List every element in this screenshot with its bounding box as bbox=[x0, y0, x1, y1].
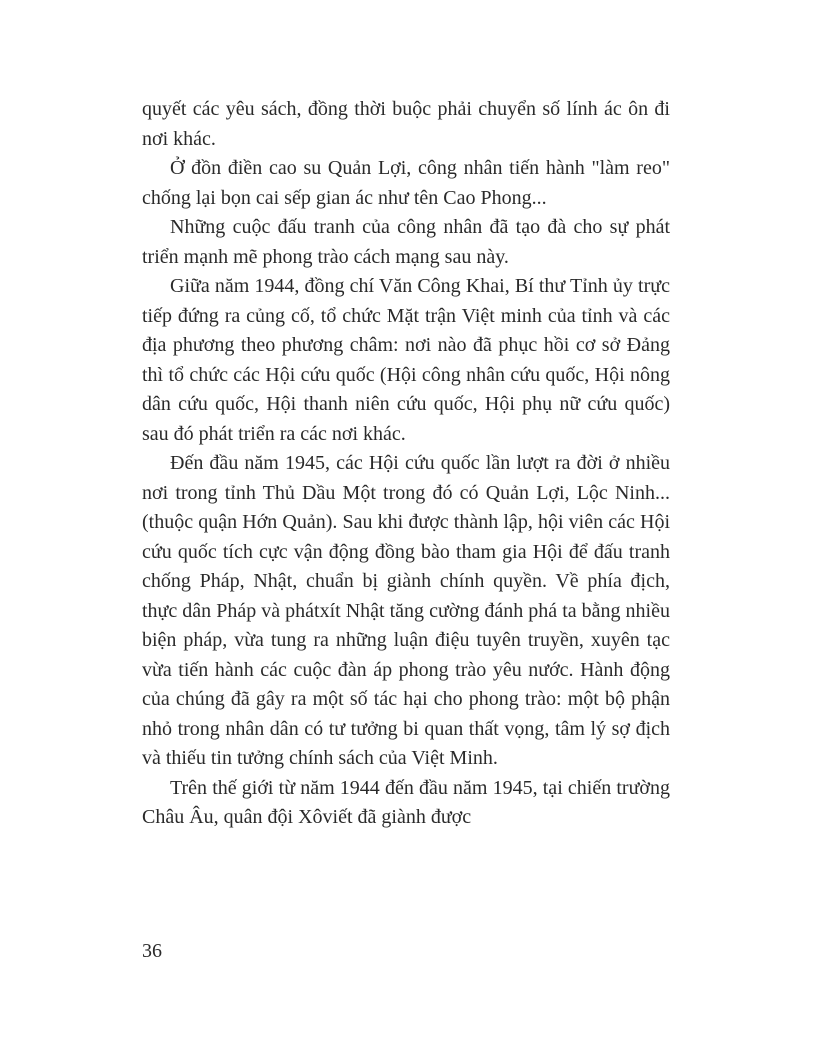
page-body-text: quyết các yêu sách, đồng thời buộc phải … bbox=[142, 95, 670, 833]
paragraph: Trên thế giới từ năm 1944 đến đầu năm 19… bbox=[142, 774, 670, 833]
paragraph: Những cuộc đấu tranh của công nhân đã tạ… bbox=[142, 213, 670, 272]
page-number: 36 bbox=[142, 940, 162, 963]
paragraph: quyết các yêu sách, đồng thời buộc phải … bbox=[142, 95, 670, 154]
paragraph: Ở đồn điền cao su Quản Lợi, công nhân ti… bbox=[142, 154, 670, 213]
paragraph: Đến đầu năm 1945, các Hội cứu quốc lần l… bbox=[142, 449, 670, 774]
paragraph: Giữa năm 1944, đồng chí Văn Công Khai, B… bbox=[142, 272, 670, 449]
